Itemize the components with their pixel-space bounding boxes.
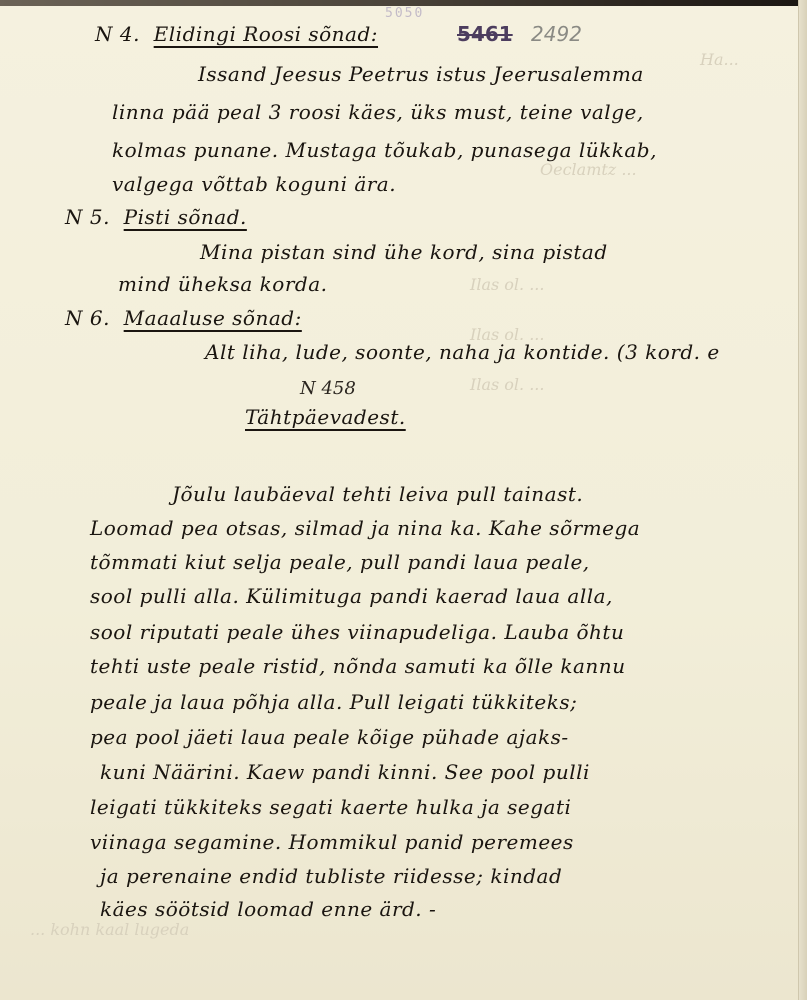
text-line: peale ja laua põhja alla. Pull leigati t… [90, 690, 577, 714]
section-title: Pisti sõnad. [124, 205, 247, 229]
text-line: valgega võttab koguni ära. [112, 172, 396, 196]
bleed-through-text: Ilas ol. ... [470, 375, 544, 394]
bleed-through-text: Oeclamtz ... [540, 160, 637, 179]
story-title: Tähtpäevadest. [245, 405, 406, 429]
bleed-through-text: Ilas ol. ... [470, 275, 544, 294]
new-archive-number: 2492 [531, 22, 582, 46]
text-line: sool pulli alla. Külimituga pandi kaerad… [90, 584, 613, 608]
text-line: Loomad pea otsas, silmad ja nina ka. Kah… [90, 516, 640, 540]
item-number: N 458 [300, 378, 356, 399]
text-line: tõmmati kiut selja peale, pull pandi lau… [90, 550, 590, 574]
section-5-heading: N 5. Pisti sõnad. [65, 205, 247, 229]
text-line: tehti uste peale ristid, nõnda samuti ka… [90, 654, 626, 678]
text-line: Issand Jeesus Peetrus istus Jeerusalemma [198, 62, 644, 86]
archive-stamp: 5050 [385, 6, 424, 21]
section-6-heading: N 6. Maaaluse sõnad: [65, 306, 302, 330]
page-right-edge [798, 0, 807, 1000]
section-title: Maaaluse sõnad: [124, 306, 302, 330]
bleed-through-text: Ha... [700, 50, 739, 69]
text-line: leigati tükkiteks segati kaerte hulka ja… [90, 795, 571, 819]
section-number: N 4. [95, 22, 140, 46]
old-archive-number: 5461 [457, 22, 513, 46]
text-line: linna pää peal 3 roosi käes, üks must, t… [112, 100, 644, 124]
text-line: Mina pistan sind ühe kord, sina pistad [200, 240, 608, 264]
archive-number: 5461 2492 [457, 22, 582, 46]
section-number: N 6. [65, 306, 110, 330]
story-title-text: Tähtpäevadest. [245, 405, 406, 429]
text-line: mind üheksa korda. [118, 272, 327, 296]
text-line: kuni Näärini. Kaew pandi kinni. See pool… [100, 760, 590, 784]
text-line: Alt liha, lude, soonte, naha ja kontide.… [205, 340, 720, 364]
text-line: Jõulu laubäeval tehti leiva pull tainast… [172, 482, 583, 506]
section-title: Elidingi Roosi sõnad: [154, 22, 378, 46]
text-line: pea pool jäeti laua peale kõige pühade a… [90, 725, 569, 749]
text-line: sool riputati peale ühes viinapudeliga. … [90, 620, 624, 644]
section-4-heading: N 4. Elidingi Roosi sõnad: [95, 22, 378, 46]
text-line: viinaga segamine. Hommikul panid peremee… [90, 830, 574, 854]
bleed-through-text: ... kohn kaal lugeda [30, 920, 189, 939]
manuscript-page: 5050 5461 2492 Ha... Oeclamtz ... Ilas o… [0, 0, 807, 1000]
text-line: ja perenaine endid tubliste riidesse; ki… [100, 864, 562, 888]
text-line: käes söötsid loomad enne ärd. - [100, 897, 436, 921]
section-number: N 5. [65, 205, 110, 229]
text-line: kolmas punane. Mustaga tõukab, punasega … [112, 138, 657, 162]
